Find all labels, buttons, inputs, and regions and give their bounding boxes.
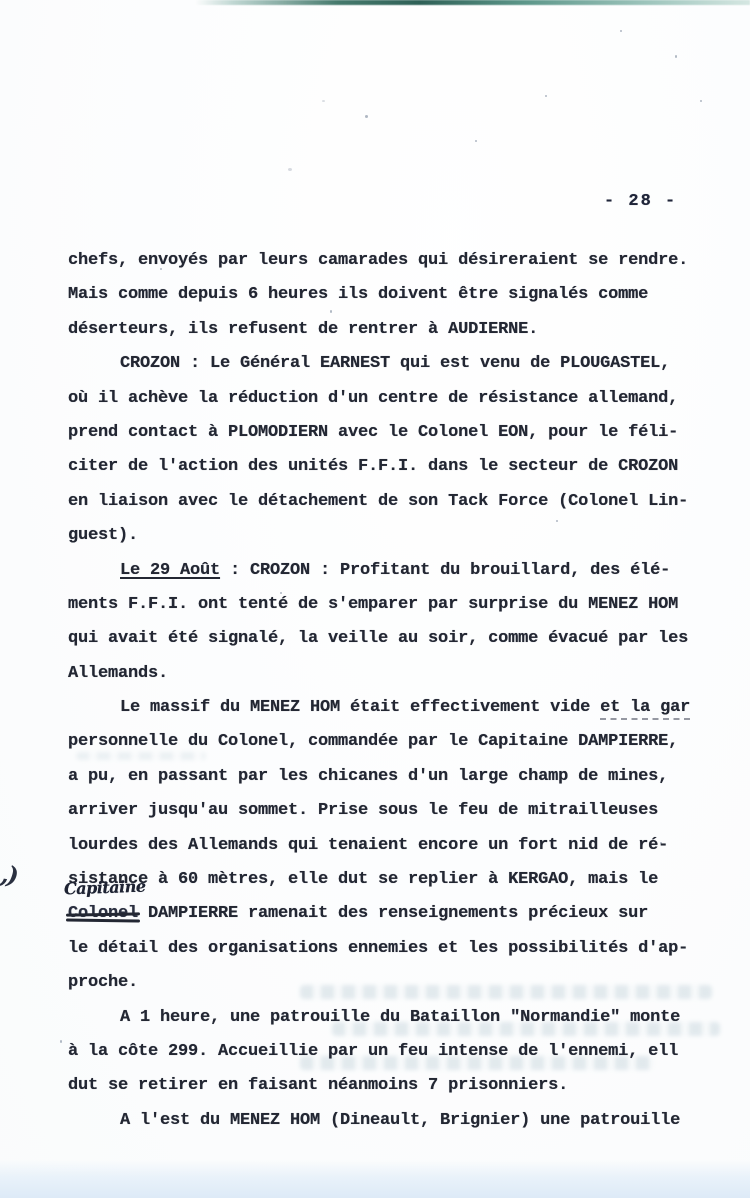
text-segment: CROZON : Le Général EARNEST qui est venu… (120, 354, 670, 373)
handwritten-correction: Capitaine (64, 879, 146, 898)
text-line: où il achève la réduction d'un centre de… (68, 382, 728, 416)
text-line: CROZON : Le Général EARNEST qui est venu… (68, 347, 728, 381)
text-segment: DAMPIERRE ramenait des renseignements pr… (138, 904, 648, 923)
hand-underlined-text: et la gar (600, 698, 690, 720)
text-segment: ments F.F.I. ont tenté de s'emparer par … (68, 595, 678, 614)
ink-speck (545, 95, 547, 97)
text-line: dut se retirer en faisant néanmoins 7 pr… (68, 1069, 728, 1103)
text-line: A 1 heure, une patrouille du Bataillon "… (68, 1001, 728, 1035)
ink-speck (365, 115, 368, 118)
text-line: arriver jusqu'au sommet. Prise sous le f… (68, 794, 728, 828)
text-segment: déserteurs, ils refusent de rentrer à AU… (68, 320, 538, 339)
text-line: Allemands. (68, 657, 728, 691)
text-segment: où il achève la réduction d'un centre de… (68, 389, 678, 408)
text-line: chefs, envoyés par leurs camarades qui d… (68, 244, 728, 278)
text-line: ments F.F.I. ont tenté de s'emparer par … (68, 588, 728, 622)
text-line: déserteurs, ils refusent de rentrer à AU… (68, 313, 728, 347)
text-block: chefs, envoyés par leurs camarades qui d… (68, 244, 728, 1138)
ink-speck (475, 140, 477, 142)
ink-speck (620, 30, 622, 32)
text-segment: prend contact à PLOMODIERN avec le Colon… (68, 423, 678, 442)
text-segment: Allemands. (68, 664, 168, 683)
page-number: - 28 - (604, 192, 677, 211)
corrected-word-group: CapitaineColonel (68, 897, 138, 931)
text-segment: chefs, envoyés par leurs camarades qui d… (68, 251, 688, 270)
text-line: Mais comme depuis 6 heures ils doivent ê… (68, 278, 728, 312)
text-line: à la côte 299. Accueillie par un feu int… (68, 1035, 728, 1069)
text-line: A l'est du MENEZ HOM (Dineault, Brignier… (68, 1104, 728, 1138)
text-segment: Mais comme depuis 6 heures ils doivent ê… (68, 285, 648, 304)
text-line: a pu, en passant par les chicanes d'un l… (68, 760, 728, 794)
text-line: Le 29 Août : CROZON : Profitant du broui… (68, 554, 728, 588)
text-segment: à la côte 299. Accueillie par un feu int… (68, 1042, 678, 1061)
text-segment: qui avait été signalé, la veille au soir… (68, 629, 688, 648)
text-segment: : CROZON : Profitant du brouillard, des … (220, 561, 670, 580)
underlined-date: Le 29 Août (120, 561, 220, 580)
scan-edge-band-bottom (0, 1160, 750, 1198)
text-line: CapitaineColonel DAMPIERRE ramenait des … (68, 897, 728, 931)
text-segment: le détail des organisations ennemies et … (68, 939, 688, 958)
text-segment: dut se retirer en faisant néanmoins 7 pr… (68, 1076, 568, 1095)
text-line: citer de l'action des unités F.F.I. dans… (68, 450, 728, 484)
text-segment: citer de l'action des unités F.F.I. dans… (68, 457, 678, 476)
scanned-document-page: { "page": { "number_label": "- 28 -" }, … (0, 0, 750, 1198)
text-line: prend contact à PLOMODIERN avec le Colon… (68, 416, 728, 450)
text-segment: a pu, en passant par les chicanes d'un l… (68, 767, 668, 786)
text-line: lourdes des Allemands qui tenaient encor… (68, 829, 728, 863)
ink-speck (322, 100, 325, 102)
ink-speck (675, 55, 677, 58)
struck-word: Colonel (68, 897, 138, 931)
text-segment: en liaison avec le détachement de son Ta… (68, 492, 688, 511)
text-line: proche. (68, 966, 728, 1000)
text-line: qui avait été signalé, la veille au soir… (68, 622, 728, 656)
text-line: guest). (68, 519, 728, 553)
text-line: sistance à 60 mètres, elle dut se replie… (68, 863, 728, 897)
ink-speck (288, 168, 292, 171)
text-segment: arriver jusqu'au sommet. Prise sous le f… (68, 801, 658, 820)
text-segment: guest). (68, 526, 138, 545)
text-line: en liaison avec le détachement de son Ta… (68, 485, 728, 519)
ink-speck (700, 100, 702, 102)
text-segment: A l'est du MENEZ HOM (Dineault, Brignier… (120, 1111, 680, 1130)
text-segment: sistance à 60 mètres, elle dut se replie… (68, 870, 658, 889)
text-segment: lourdes des Allemands qui tenaient encor… (68, 836, 668, 855)
ink-speck (60, 1040, 62, 1043)
text-segment: proche. (68, 973, 138, 992)
text-segment: Le massif du MENEZ HOM était effectiveme… (120, 698, 600, 717)
scan-edge-band-top (0, 0, 750, 5)
text-segment: A 1 heure, une patrouille du Bataillon "… (120, 1008, 680, 1027)
text-segment: personnelle du Colonel, commandée par le… (68, 732, 678, 751)
text-line: Le massif du MENEZ HOM était effectiveme… (68, 691, 728, 725)
handwritten-margin-mark: ,) (0, 859, 19, 890)
text-line: personnelle du Colonel, commandée par le… (68, 725, 728, 759)
text-line: le détail des organisations ennemies et … (68, 932, 728, 966)
